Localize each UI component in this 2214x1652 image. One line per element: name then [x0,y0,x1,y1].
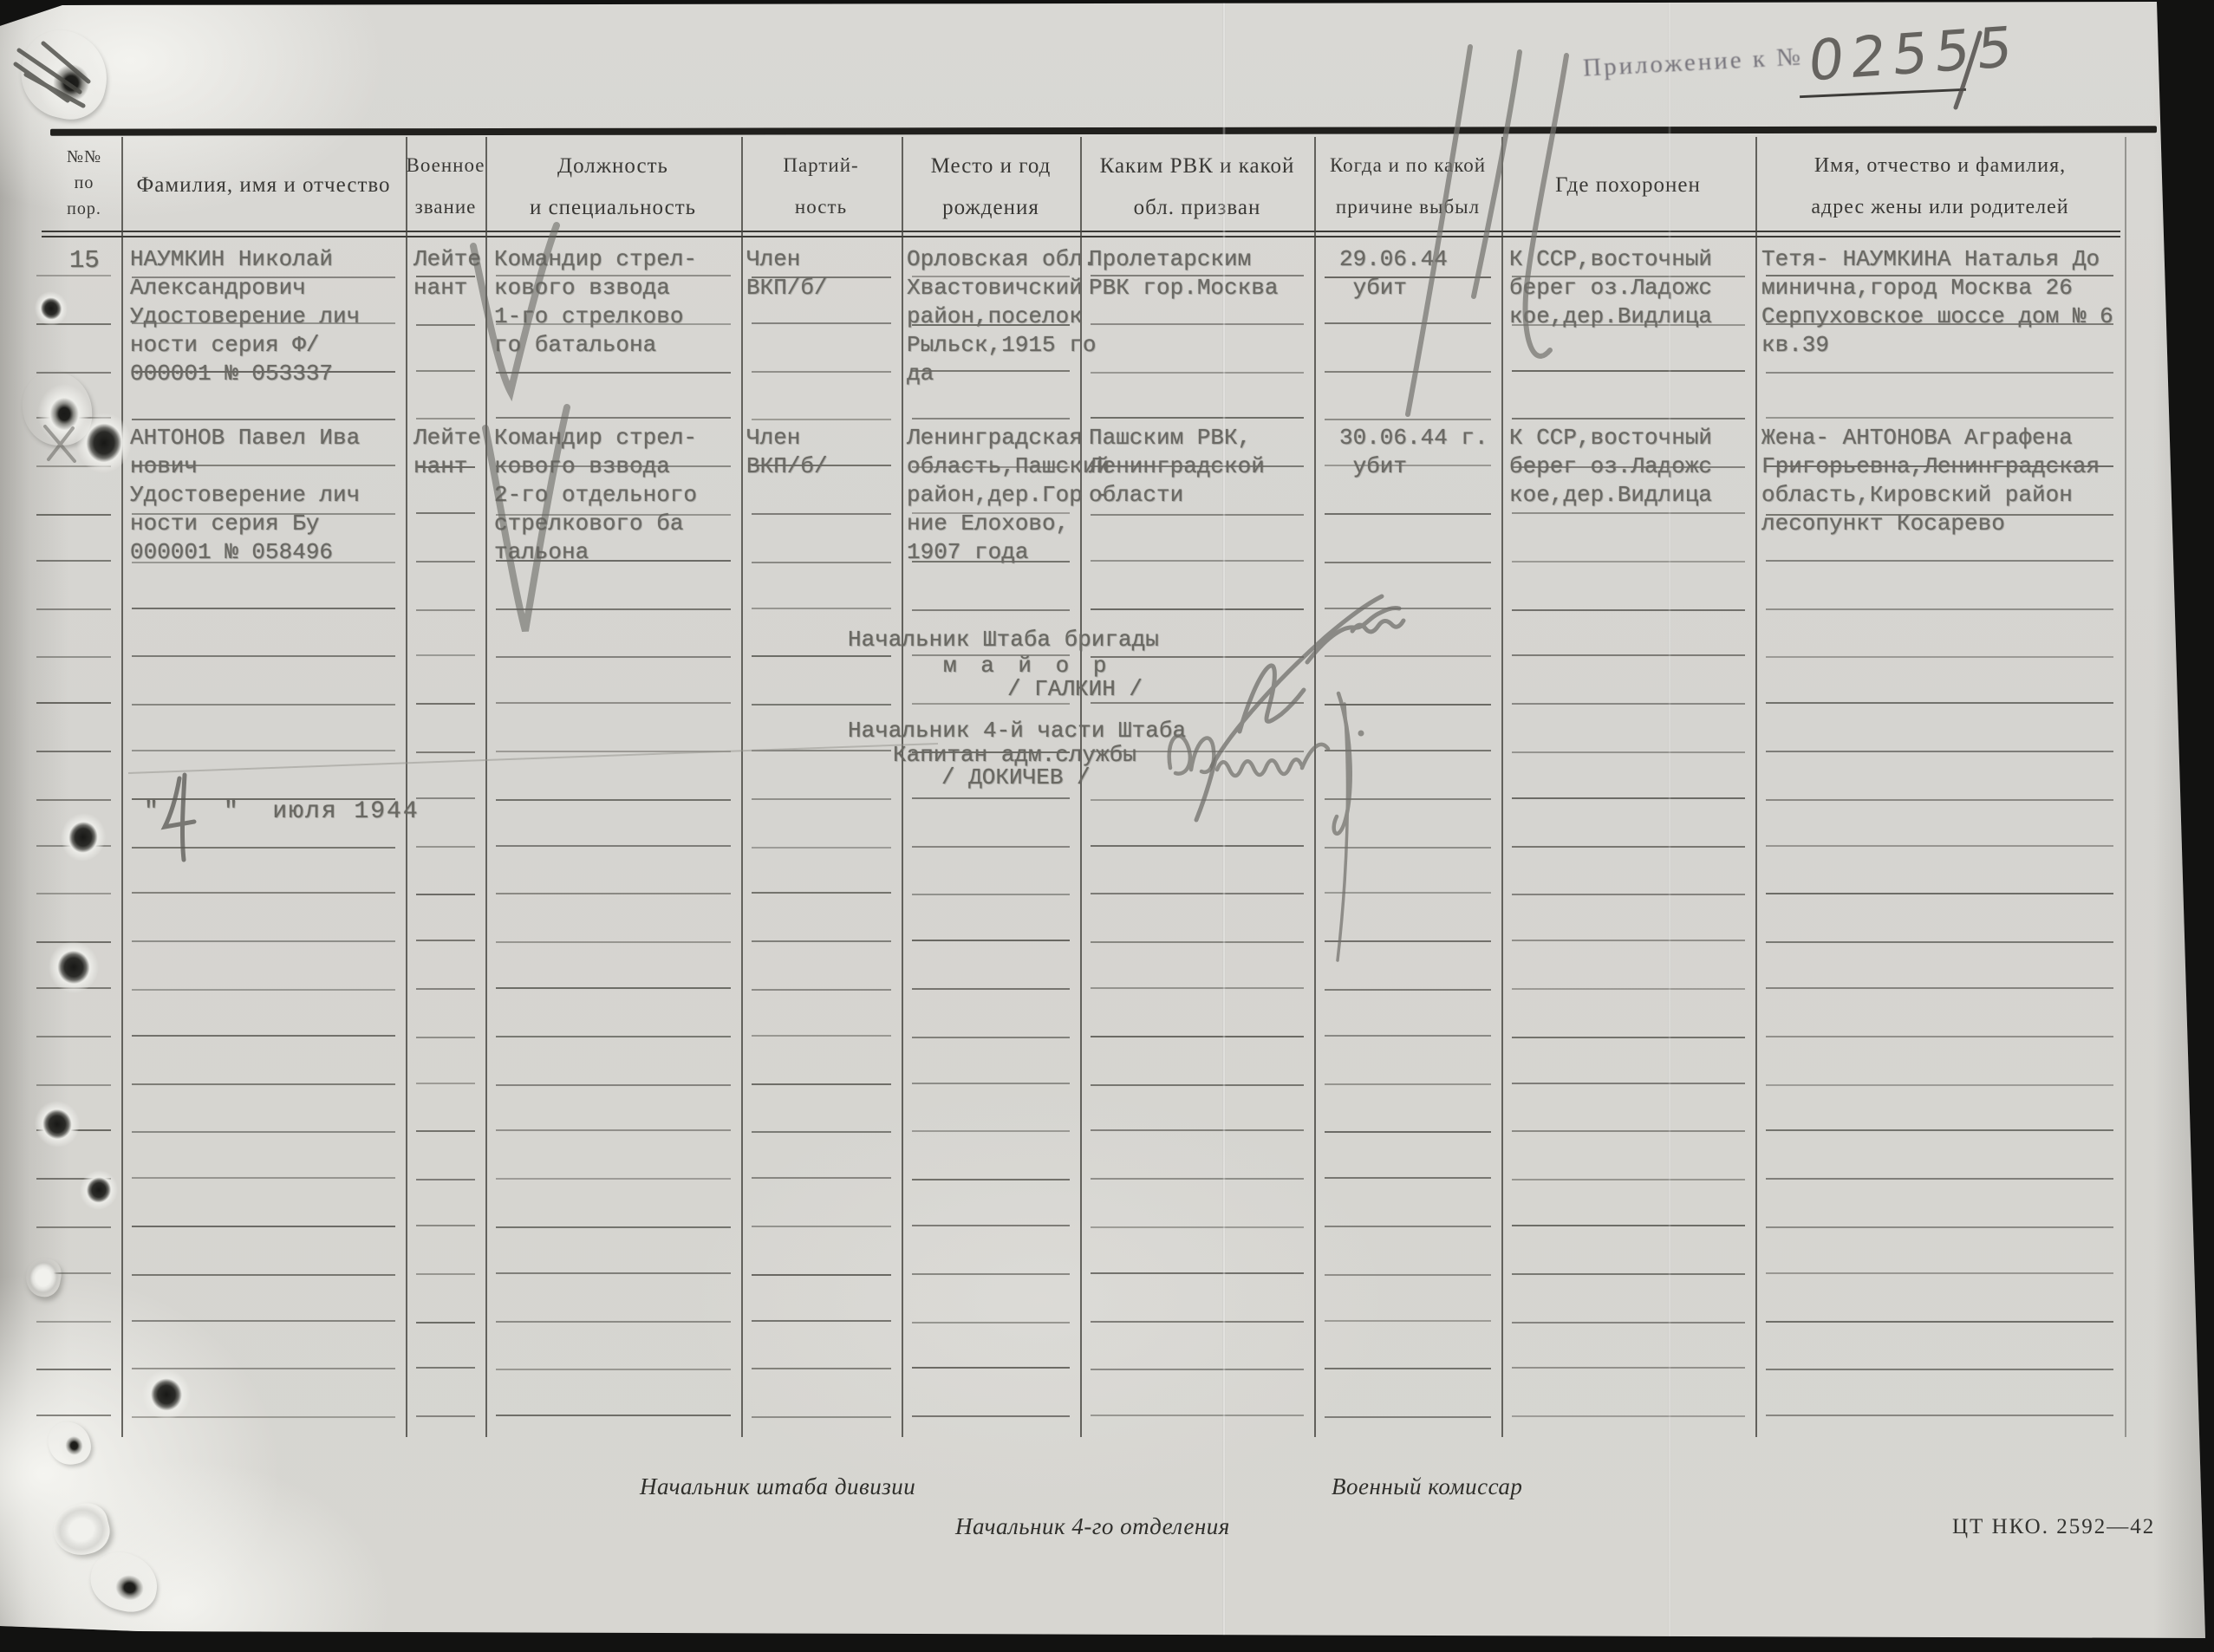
table-rule-line [1325,1035,1491,1037]
table-vertical-line [1755,137,1757,1437]
table-rule-line [912,1179,1070,1180]
table-rule-line [496,1226,731,1228]
table-rule-line [1091,323,1304,325]
table-rule-line [1766,1226,2113,1228]
table-rule-line [1325,847,1491,849]
table-rule-line [1325,940,1491,942]
table-rule-line [132,608,395,609]
table-rule-line [1325,562,1491,563]
cell-line: Удостоверение лич [130,481,400,510]
table-rule-line [1091,893,1304,894]
cell-line: Рыльск,1915 го [907,331,1077,360]
cell-line: кового взвода [494,274,737,302]
cell-line: К ССР,восточный [1509,245,1750,274]
punch-hole [44,1418,94,1469]
table-rule-line [1512,1367,1745,1369]
table-rule-line [1325,371,1491,373]
table-rule-line [1512,846,1745,848]
cell-line: Командир стрел- [494,424,737,452]
table-rule-line [1091,1226,1304,1228]
col-header-when: причине выбыл [1217,196,1599,218]
table-rule-line [496,608,731,610]
col-header-name: Фамилия, имя и отчество [73,173,454,198]
table-rule-line [1766,372,2113,374]
sig-title-brigade-chief: Начальник Штаба бригады [848,627,1159,653]
table-vertical-line [406,137,407,1437]
cell-line: Лейте [413,424,481,452]
table-rule-line [1766,893,2113,894]
table-rule-line [1325,1177,1491,1179]
table-rule-line [1325,513,1491,515]
cell-line: кое,дер.Видлица [1509,302,1750,331]
table-rule-line [912,1083,1070,1084]
cell-line: берег оз.Ладожс [1509,452,1750,481]
cell-line: 1-го стрелково [494,302,737,331]
footer-chief-of-staff-label: Начальник штаба дивизии [640,1473,915,1500]
table-rule-line [496,751,731,752]
attachment-stamp-label: Приложение к № [1582,42,1803,82]
table-rule-line [1325,1083,1491,1085]
table-rule-line [1766,987,2113,989]
table-rule-line [1512,1415,1745,1417]
table-rule-line [1512,1179,1745,1180]
table-rule-line [36,1415,111,1416]
table-rule-line [1512,1083,1745,1084]
cell-line: район,поселок [907,302,1077,331]
row2-cell-position: Командир стрел-кового взвода2-го отдельн… [494,424,737,567]
punch-hole [85,1547,163,1617]
table-rule-line [1512,797,1745,799]
table-rule-line [1091,417,1304,419]
table-rule-line [132,1177,395,1179]
table-rule-line [752,892,891,894]
table-rule-line [752,322,891,324]
table-vertical-line [121,137,123,1437]
table-rule-line [132,1320,395,1322]
table-rule-line [416,1130,475,1132]
cell-line: Лейте [413,245,481,274]
table-rule-line [1325,1368,1491,1369]
table-rule-line [1091,845,1304,847]
table-rule-line [496,1084,731,1086]
table-rule-line [36,372,111,374]
table-rule-line [132,1035,395,1037]
row2-cell-party: ЧленВКП/б/ [746,424,898,481]
row1-cell-name: НАУМКИН НиколайАлександровичУдостоверени… [130,245,400,388]
table-rule-line [752,1368,891,1369]
row1-cell-party: ЧленВКП/б/ [746,245,898,302]
table-rule-line [416,324,475,326]
table-rule-line [132,704,395,706]
table-rule-line [132,989,395,991]
table-rule-line [1091,372,1304,374]
table-rule-line [416,846,475,848]
table-rule-line [1091,1369,1304,1370]
table-rule-line [1512,1273,1745,1275]
table-rule-line [36,941,111,943]
table-rule-line [1766,656,2113,658]
cell-line: ВКП/б/ [746,452,898,481]
table-rule-line [912,797,1070,799]
row2-cell-birth: Ленинградскаяобласть,Пашскийрайон,дер.Го… [907,424,1077,567]
cell-line: ВКП/б/ [746,274,898,302]
table-rule-line [1512,370,1745,372]
table-rule-line [496,1036,731,1037]
table-rule-line [36,893,111,894]
cell-line: К ССР,восточный [1509,424,1750,452]
table-rule-line [1091,656,1304,658]
cell-line: убит [1339,274,1498,302]
table-vertical-line [741,137,743,1437]
cell-line: 2-го отдельного [494,481,737,510]
col-header-num: пор. [0,199,275,219]
cell-line: район,дер.Гор - [907,481,1077,510]
table-rule-line [36,987,111,989]
table-rule-line [1325,798,1491,800]
cell-line: берег оз.Ладожс [1509,274,1750,302]
table-rule-line [1091,608,1304,610]
table-rule-line [1512,894,1745,895]
table-rule-line [1512,418,1745,420]
cell-line: Командир стрел- [494,245,737,274]
table-rule-line [36,845,111,847]
cell-line: Серпуховское шоссе дом № 6 [1761,302,2122,331]
table-rule-line [1512,751,1745,753]
table-rule-line [912,609,1070,611]
scanned-document: №№попор.Фамилия, имя и отчествоВоенноезв… [0,0,2214,1652]
table-rule-line [416,418,475,420]
col-header-family: адрес жены или родителей [1749,196,2131,219]
crease-line-diagonal [128,744,938,773]
row2-cell-rvk: Пашским РВК,Ленинградскойобласти [1089,424,1309,510]
table-rule-line [912,703,1070,705]
table-rule-line [1325,1226,1491,1227]
punch-hole [28,1095,86,1154]
cell-line: нант [413,274,481,302]
table-rule-line [36,514,111,516]
table-rule-line [36,1321,111,1323]
table-rule-line [496,1272,731,1274]
table-rule-line [912,988,1070,990]
cell-line: Жена- АНТОНОВА Аграфена [1761,424,2122,452]
cell-line: минична,город Москва 26 [1761,274,2122,302]
table-rule-line [752,562,891,563]
paper-tear-bump [23,1256,63,1299]
table-rule-line [1512,609,1745,611]
table-rule-line [1325,419,1491,420]
cell-line: ние Елохово, [907,510,1077,538]
table-rule-line [752,989,891,991]
table-rule-line [1325,1131,1491,1133]
table-rule-line [36,560,111,562]
table-rule-line [1766,417,2113,419]
table-rule-line [1512,988,1745,990]
table-rule-line [1091,1084,1304,1086]
table-rule-line [1091,1321,1304,1323]
table-rule-line [416,894,475,895]
table-rule-line [1091,560,1304,562]
table-rule-line [1325,655,1491,657]
table-rule-line [912,1130,1070,1132]
table-rule-line [36,751,111,752]
table-rule-line [1325,322,1491,324]
table-rule-line [132,419,395,420]
table-rule-line [1766,1036,2113,1037]
table-vertical-line [485,137,487,1437]
table-rule-line [496,845,731,847]
punch-hole [13,23,116,127]
cell-line: 1907 года [907,538,1077,567]
table-rule-line [1325,1416,1491,1418]
table-rule-line [132,940,395,942]
table-rule-line [36,1036,111,1037]
attachment-stamp-number: 02555 [1806,15,2022,94]
table-rule-line [752,1320,891,1322]
footer-4th-dept-label: Начальник 4-го отделения [955,1513,1230,1540]
table-rule-line [496,1321,731,1323]
row1-cell-birth: Орловская обл.Хвастовичскийрайон,поселок… [907,245,1077,388]
table-rule-line [752,419,891,420]
cell-line: 30.06.44 г. [1339,424,1498,452]
cell-line: 29.06.44 [1339,245,1498,274]
cell-line: кв.39 [1761,331,2122,360]
punch-hole [139,1366,194,1422]
table-rule-line [496,372,731,374]
row2-cell-buried: К ССР,восточныйберег оз.Ладожское,дер.Ви… [1509,424,1750,510]
cell-line: Григорьевна,Ленинградская [1761,452,2122,481]
table-rule-line [36,608,111,610]
pencil-x-mark-row2 [45,426,75,461]
table-vertical-line [902,137,903,1437]
table-rule-line [496,987,731,989]
table-rule-line [496,893,731,894]
table-rule-line [132,750,395,751]
table-rule-line [752,1131,891,1133]
table-vertical-line [2125,137,2126,1437]
table-rule-line [1766,1369,2113,1370]
table-rule-line [132,1083,395,1085]
table-rule-line [36,465,111,467]
cell-line: АНТОНОВ Павел Ива [130,424,400,452]
table-rule-line [1325,704,1491,706]
table-rule-line [416,1367,475,1369]
table-rule-line [1091,941,1304,943]
cell-line: го батальона [494,331,737,360]
table-rule-line [1766,1321,2113,1323]
table-rule-line [1091,1036,1304,1037]
table-rule-line [416,1037,475,1038]
table-rule-line [1766,1272,2113,1274]
cell-line: Хвастовичский [907,274,1077,302]
row1-cell-position: Командир стрел-кового взвода1-го стрелко… [494,245,737,360]
cell-line: 000001 № 053337 [130,360,400,388]
table-rule-line [1766,1084,2113,1086]
table-rule-line [752,1274,891,1276]
punch-hole [22,370,94,447]
row2-cell-rank: Лейтенант [413,424,481,481]
table-rule-line [912,894,1070,895]
table-rule-line [496,656,731,658]
table-rule-line [416,512,475,514]
table-rule-line [1512,1225,1745,1226]
cell-line: Пашским РВК, [1089,424,1309,452]
table-rule-line [752,1035,891,1037]
table-rule-line [1325,1274,1491,1276]
table-rule-line [1512,654,1745,656]
table-rule-line [1091,514,1304,516]
table-rule-line [496,702,731,704]
table-rule-line [1325,608,1491,609]
table-rule-line [912,940,1070,941]
table-rule-line [496,1178,731,1180]
table-rule-line [1325,892,1491,894]
table-rule-line [36,799,111,801]
table-rule-line [1091,1415,1304,1416]
table-rule-line [36,656,111,658]
table-rule-line [1091,987,1304,989]
cell-line: Александрович [130,274,400,302]
sig-rank-major: м а й о р [943,653,1111,679]
table-rule-line [36,1129,111,1131]
cell-line: Член [746,245,898,274]
cell-line: 000001 № 058496 [130,538,400,567]
table-rule-line [416,1322,475,1324]
table-rule-line [132,847,395,849]
table-rule-line [912,1322,1070,1324]
pencil-scribble-topleft [16,43,88,106]
cell-line: НАУМКИН Николай [130,245,400,274]
table-rule-line [912,1415,1070,1417]
table-rule-line [1766,941,2113,943]
table-vertical-line [1501,137,1503,1437]
table-rule-line [1766,608,2113,610]
cell-line: нович [130,452,400,481]
row1-cell-rank: Лейтенант [413,245,481,302]
form-code: ЦТ НКО. 2592—42 [1952,1515,2155,1539]
table-rule-line [1512,1322,1745,1324]
table-rule-line [496,1369,731,1370]
table-rule-line [416,370,475,372]
table-rule-line [1766,1178,2113,1180]
table-rule-line [752,513,891,515]
row2-cell-family: Жена- АНТОНОВА АграфенаГригорьевна,Ленин… [1761,424,2122,538]
cell-line: область,Пашский [907,452,1077,481]
table-rule-line [416,703,475,705]
cell-line: Ленинградская [907,424,1077,452]
cell-line: убит [1339,452,1498,481]
cell-line: Орловская обл. [907,245,1077,274]
table-rule-line [416,561,475,563]
table-rule-line [752,1177,891,1179]
cell-line: Тетя- НАУМКИНА Наталья До [1761,245,2122,274]
table-rule-line [752,798,891,800]
table-rule-line [416,609,475,611]
cell-line: тальона [494,538,737,567]
table-rule-line [752,847,891,849]
document-page: №№попор.Фамилия, имя и отчествоВоенноезв… [0,0,2214,1652]
cell-line: ности серия Бу [130,510,400,538]
table-rule-line [1766,1129,2113,1131]
cell-line: область,Кировский район [1761,481,2122,510]
cell-line: кое,дер.Видлица [1509,481,1750,510]
table-rule-line [36,417,111,419]
table-top-border [50,126,2157,135]
table-rule-line [1766,799,2113,801]
table-rule-line [1512,512,1745,514]
sig-name-galkin: / ГАЛКИН / [1007,676,1143,702]
table-rule-line [1091,1129,1304,1131]
cell-line: Член [746,424,898,452]
table-rule-line [752,750,891,751]
table-rule-line [132,892,395,894]
table-rule-line [912,846,1070,848]
table-rule-line [1325,989,1491,991]
table-rule-line [752,371,891,373]
signature-dokichev [1169,693,1364,960]
footer-commissar-label: Военный комиссар [1332,1473,1522,1500]
table-rule-line [496,1129,731,1131]
table-rule-line [416,988,475,990]
date-open-quote: " [144,798,159,825]
row1-number: 15 [69,246,100,275]
table-rule-line [1091,1178,1304,1180]
table-rule-line [1512,561,1745,563]
table-rule-line [1512,940,1745,941]
table-rule-line [416,1273,475,1275]
table-rule-line [1091,799,1304,801]
table-rule-line [416,940,475,941]
table-rule-line [752,1416,891,1418]
row1-cell-rvk: ПролетарскимРВК гор.Москва [1089,245,1309,302]
table-rule-line [1512,1130,1745,1132]
table-rule-line [912,1225,1070,1226]
date-text: " июля 1944 [224,798,420,825]
table-rule-line [36,1178,111,1180]
table-rule-line [416,797,475,799]
table-rule-line [1091,1272,1304,1274]
table-rule-line [132,1368,395,1369]
cell-line: стрелкового ба [494,510,737,538]
punch-hole [57,810,110,865]
table-rule-line [752,655,891,657]
table-rule-line [132,655,395,657]
cell-line: РВК гор.Москва [1089,274,1309,302]
row2-cell-when: 30.06.44 г. убит [1339,424,1498,481]
table-rule-line [132,1416,395,1418]
table-rule-line [132,1274,395,1276]
table-rule-line [912,1367,1070,1369]
table-rule-line [36,702,111,704]
table-rule-line [36,1272,111,1274]
table-rule-line [1512,703,1745,705]
table-rule-line [496,1415,731,1416]
table-rule-line [1091,702,1304,704]
cell-line: области [1089,481,1309,510]
table-rule-line [1766,560,2113,562]
table-rule-line [1766,702,2113,704]
cell-line: лесопункт Косарево [1761,510,2122,538]
table-rule-line [1766,845,2113,847]
punch-hole [75,1166,123,1214]
table-rule-line [36,323,111,325]
table-rule-line [752,1083,891,1085]
row1-cell-buried: К ССР,восточныйберег оз.Ладожское,дер.Ви… [1509,245,1750,331]
sig-title-4th-section-chief: Начальник 4-й части Штаба [848,718,1186,744]
table-rule-line [36,275,111,276]
table-rule-line [416,751,475,753]
col-header-num: №№ [0,147,275,167]
table-rule-line [1766,751,2113,752]
